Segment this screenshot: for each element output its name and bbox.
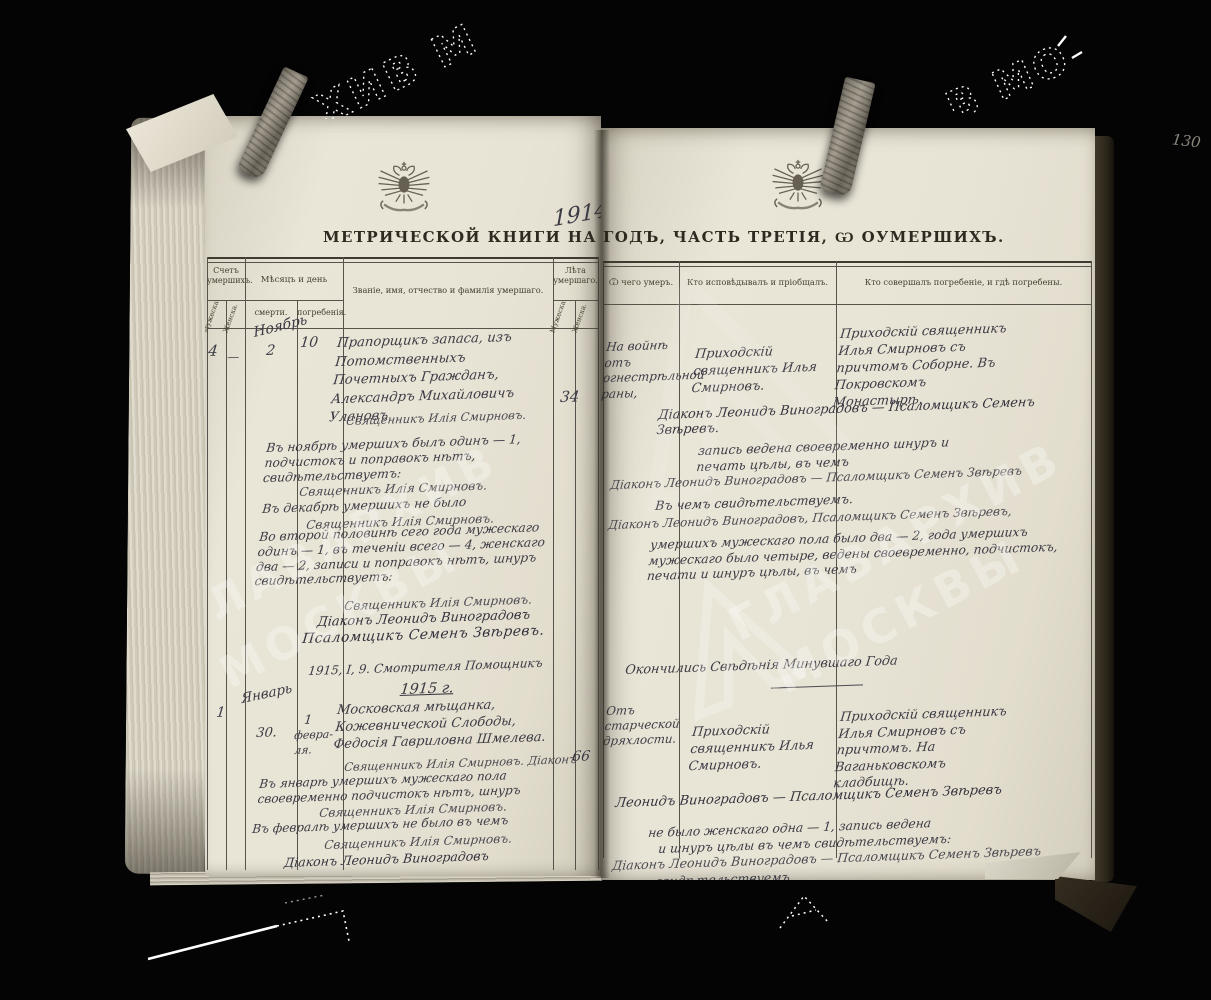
table-grid-line <box>226 300 227 870</box>
book-cover-edge <box>1092 136 1114 882</box>
entry2-name: Московская мѣщанка, Кожевнической Слобод… <box>333 694 554 753</box>
watermark-fragment-bottom-left <box>135 893 370 973</box>
entry2-death-day: 30. <box>255 725 277 741</box>
right-page: ГОДЪ, ЧАСТЬ ТРЕТІЯ, Ѡ ОУМЕРШИХЪ. Ѿ чего … <box>601 128 1095 880</box>
note-deacon-cutoff: Діаконъ Леонидъ Виноградовъ <box>283 848 489 870</box>
imperial-eagle-emblem <box>769 156 827 218</box>
watermark-fragment-top-left: ХИВ М <box>288 14 503 119</box>
entry1-age: 34 <box>559 389 580 405</box>
entry1-count-female: — <box>226 350 240 365</box>
header-burial-officiant: Кто совершалъ погребеніе, и гдѣ погребен… <box>838 278 1089 288</box>
note-halfyear-summary: Во второй половинѣ сего года мужескаго о… <box>254 520 556 590</box>
svg-text:В МО: В МО <box>940 36 1078 113</box>
entry1-count-male: 4 <box>207 344 218 359</box>
table-grid-line <box>207 300 343 301</box>
note-january: Въ январѣ умершихъ мужескаго пола своевр… <box>257 766 572 806</box>
header-count: Счетъ умершихъ. <box>207 266 245 285</box>
entry2-count-male: 1 <box>215 706 225 721</box>
entry2-burial-month2: ля. <box>293 742 312 758</box>
header-age-female: Женска. <box>570 303 588 334</box>
watermark-fragment-bottom-center <box>772 888 857 936</box>
entry1-burial-day: 10 <box>299 335 318 351</box>
entry2-month: Январь <box>241 681 293 707</box>
folio-number: 130 <box>1171 130 1202 151</box>
left-page: МЕТРИЧЕСКОЙ КНИГИ НА 1914 Счетъ умершихъ… <box>205 116 601 876</box>
watermark-fragment-top-right: В МО <box>930 18 1120 113</box>
table-grid-line <box>207 257 598 263</box>
spine-shadow <box>594 130 610 878</box>
imperial-eagle-emblem <box>375 158 433 220</box>
archive-photo-background: МЕТРИЧЕСКОЙ КНИГИ НА 1914 Счетъ умершихъ… <box>0 0 1211 1000</box>
table-grid-line <box>245 257 246 870</box>
svg-text:ХИВ М: ХИВ М <box>307 14 487 119</box>
entry2-burial: Приходскій священникъ Илья Смирновъ съ п… <box>832 704 1017 793</box>
entry1-death-day: 2 <box>265 344 275 359</box>
note-november: Въ ноябрѣ умершихъ былъ одинъ — 1, подчи… <box>262 431 549 486</box>
header-name: Званіе, имя, отчество и фамилія умершаго… <box>345 286 551 296</box>
entry2-burial-month: февра- <box>293 727 333 743</box>
archive-watermark-logo <box>656 558 806 728</box>
archive-watermark-logo-faint <box>601 238 851 538</box>
header-date: Мѣсяцъ и день <box>245 276 343 286</box>
header-count-female: Женска. <box>221 303 239 334</box>
entry2-burial-day: 1 <box>303 712 313 727</box>
table-grid-line <box>1091 261 1092 858</box>
year-1915-heading: 1915 г. <box>399 681 454 698</box>
cover-corner-flap <box>1055 876 1137 932</box>
table-grid-line <box>575 300 576 870</box>
entry2-age: 66 <box>571 749 590 765</box>
left-page-stack-edge <box>125 118 212 875</box>
header-age: Лѣта умершаго. <box>553 266 598 285</box>
